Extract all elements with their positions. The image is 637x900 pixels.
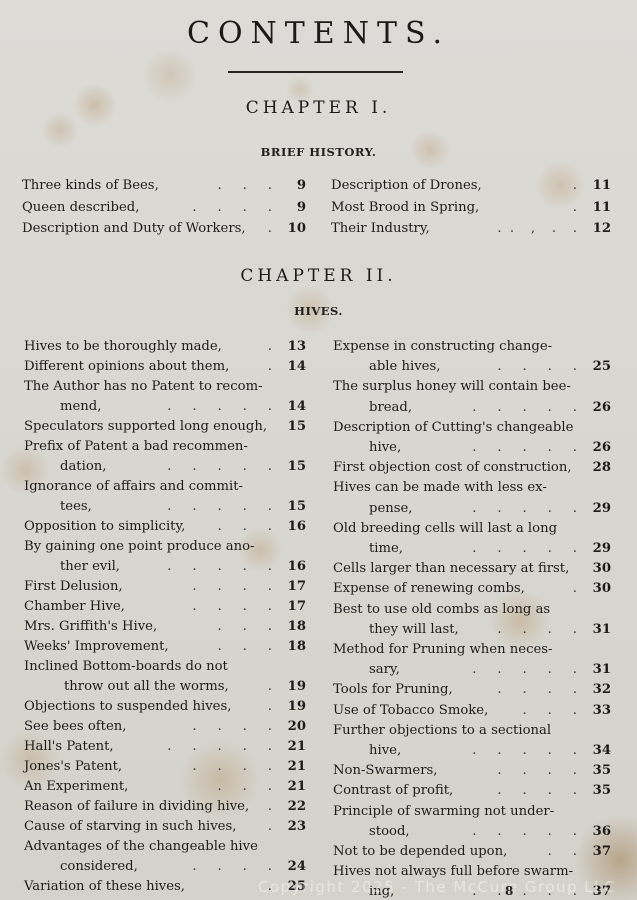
toc-entry: Their Industry,. . , . .12 — [331, 218, 611, 240]
toc-entry: Speculators supported long enough,15 — [24, 417, 306, 437]
toc-page-number: 35 — [585, 761, 611, 781]
toc-page-number: 16 — [280, 557, 306, 577]
toc-entry-text: Speculators supported long enough, — [24, 417, 267, 437]
toc-entry: Prefix of Patent a bad recommen-dation,.… — [24, 437, 306, 477]
toc-entry-text: Further objections to a sectional — [333, 721, 611, 741]
toc-entry: Non-Swarmers,. . . .35 — [333, 761, 611, 781]
toc-entry-text: Jones's Patent, — [24, 757, 122, 777]
dot-leader: . . . . . — [92, 497, 280, 517]
toc-entry-text: Objections to suspended hives, — [24, 697, 231, 717]
toc-page-number: 29 — [585, 499, 611, 519]
toc-entry-text: Ignorance of affairs and commit- — [24, 477, 306, 497]
toc-entry: By gaining one point produce ano-ther ev… — [24, 537, 306, 577]
toc-entry-text: Hives can be made with less ex- — [333, 478, 611, 498]
chapter-2-subtitle: HIVES. — [0, 304, 637, 318]
toc-entry: Opposition to simplicity,. . .16 — [24, 517, 306, 537]
toc-entry-text: Cells larger than necessary at first, — [333, 559, 569, 579]
toc-entry: Principle of swarming not under-stood,. … — [333, 802, 611, 842]
toc-entry: Hives to be thoroughly made,.13 — [24, 337, 306, 357]
toc-entry-text: Contrast of profit, — [333, 781, 453, 801]
title-divider — [228, 71, 403, 73]
toc-entry: Queen described,. . . .9 — [22, 197, 306, 219]
dot-leader: . . . . — [139, 197, 280, 219]
toc-entry-text: Best to use old combs as long as — [333, 600, 611, 620]
toc-entry: Use of Tobacco Smoke,. . .33 — [333, 701, 611, 721]
toc-entry-text: Reason of failure in dividing hive, — [24, 797, 249, 817]
toc-entry-text: Advantages of the changeable hive — [24, 837, 306, 857]
dot-leader: . . . . — [122, 757, 280, 777]
toc-entry-text: hive, — [369, 438, 401, 458]
toc-page-number: 28 — [585, 458, 611, 478]
chapter-1-subtitle: BRIEF HISTORY. — [0, 145, 637, 159]
toc-page-number: 21 — [280, 737, 306, 757]
toc-entry: Further objections to a sectionalhive,. … — [333, 721, 611, 761]
dot-leader: . . . . — [440, 357, 585, 377]
toc-entry: Tools for Pruning,. . . .32 — [333, 680, 611, 700]
toc-entry-text: Not to be depended upon, — [333, 842, 507, 862]
toc-page-number: 17 — [280, 597, 306, 617]
toc-entry: Hives can be made with less ex-pense,. .… — [333, 478, 611, 518]
toc-page-number: 14 — [280, 357, 306, 377]
dot-leader: . . . — [159, 175, 280, 197]
dot-leader — [267, 417, 280, 437]
page-title: CONTENTS. — [0, 16, 637, 51]
toc-entry: Method for Pruning when neces-sary,. . .… — [333, 640, 611, 680]
toc-entry: Hall's Patent,. . . . .21 — [24, 737, 306, 757]
contents-page: CONTENTS. CHAPTER I. BRIEF HISTORY. Thre… — [0, 0, 637, 900]
toc-entry-text: mend, — [60, 397, 101, 417]
dot-leader: . . . . . — [101, 397, 280, 417]
dot-leader: . . — [507, 842, 585, 862]
toc-entry: Different opinions about them,.14 — [24, 357, 306, 377]
dot-leader: . . . . . — [410, 822, 585, 842]
dot-leader: . — [229, 677, 280, 697]
toc-entry-text: Weeks' Improvement, — [24, 637, 169, 657]
dot-leader: . . . — [157, 617, 280, 637]
toc-entry-text: stood, — [369, 822, 410, 842]
toc-page-number: 11 — [585, 175, 611, 197]
toc-page-number: 13 — [280, 337, 306, 357]
dot-leader — [569, 559, 585, 579]
toc-entry-text: Non-Swarmers, — [333, 761, 438, 781]
dot-leader: . . . . — [138, 857, 280, 877]
toc-entry-text: dation, — [60, 457, 106, 477]
toc-entry: The Author has no Patent to recom-mend,.… — [24, 377, 306, 417]
dot-leader: . . . . . — [120, 557, 280, 577]
dot-leader: . — [231, 697, 280, 717]
toc-entry-text: Description of Drones, — [331, 175, 482, 197]
chapter-1-heading: CHAPTER I. — [0, 98, 637, 118]
toc-entry: Mrs. Griffith's Hive,. . .18 — [24, 617, 306, 637]
toc-page-number: 31 — [585, 660, 611, 680]
toc-page-number: 26 — [585, 438, 611, 458]
dot-leader: . . . . . — [401, 438, 585, 458]
toc-entry-text: Mrs. Griffith's Hive, — [24, 617, 157, 637]
dot-leader: . . . — [185, 517, 280, 537]
chapter-2-left-column: Hives to be thoroughly made,.13Different… — [24, 337, 306, 897]
toc-page-number: 26 — [585, 398, 611, 418]
toc-entry: Advantages of the changeable hiveconside… — [24, 837, 306, 877]
dot-leader: . . . . — [453, 781, 585, 801]
toc-entry-text: Hives to be thoroughly made, — [24, 337, 222, 357]
chapter-1-right-column: Description of Drones,.11Most Brood in S… — [331, 175, 611, 240]
dot-leader: . — [222, 337, 280, 357]
toc-entry-text: Principle of swarming not under- — [333, 802, 611, 822]
toc-entry-text: See bees often, — [24, 717, 126, 737]
toc-entry-text: First objection cost of construction, — [333, 458, 572, 478]
dot-leader: . . . . — [438, 761, 586, 781]
copyright-watermark: Copyright 2025 - The McCure Group LLC — [258, 878, 616, 896]
toc-entry: See bees often,. . . .20 — [24, 717, 306, 737]
toc-entry-text: Expense in constructing change- — [333, 337, 611, 357]
toc-entry: First objection cost of construction,28 — [333, 458, 611, 478]
dot-leader: . . . . — [459, 620, 585, 640]
toc-entry-text: By gaining one point produce ano- — [24, 537, 306, 557]
dot-leader: . — [479, 197, 585, 219]
toc-page-number: 19 — [280, 677, 306, 697]
toc-entry-text: pense, — [369, 499, 413, 519]
dot-leader: . . . — [488, 701, 585, 721]
toc-entry-text: The surplus honey will contain bee- — [333, 377, 611, 397]
dot-leader: . — [482, 175, 585, 197]
chapter-2-right-column: Expense in constructing change-able hive… — [333, 337, 611, 900]
toc-entry: The surplus honey will contain bee-bread… — [333, 377, 611, 417]
toc-entry-text: Description of Cutting's changeable — [333, 418, 611, 438]
toc-page-number: 15 — [280, 457, 306, 477]
toc-page-number: 15 — [280, 417, 306, 437]
dot-leader: . . , . . — [430, 218, 585, 240]
toc-entry-text: Most Brood in Spring, — [331, 197, 479, 219]
dot-leader: . — [246, 218, 280, 240]
toc-entry-text: ther evil, — [60, 557, 120, 577]
toc-page-number: 25 — [585, 357, 611, 377]
toc-page-number: 23 — [280, 817, 306, 837]
dot-leader: . — [236, 817, 280, 837]
dot-leader: . . . . . — [412, 398, 585, 418]
toc-entry: Inclined Bottom-boards do notthrow out a… — [24, 657, 306, 697]
toc-entry-text: An Experiment, — [24, 777, 128, 797]
toc-page-number: 24 — [280, 857, 306, 877]
toc-entry-text: Their Industry, — [331, 218, 430, 240]
dot-leader: . — [249, 797, 280, 817]
dot-leader: . . . — [128, 777, 280, 797]
toc-page-number: 18 — [280, 637, 306, 657]
dot-leader: . . . . — [125, 597, 280, 617]
toc-entry: Description of Cutting's changeablehive,… — [333, 418, 611, 458]
toc-entry: Best to use old combs as long asthey wil… — [333, 600, 611, 640]
toc-page-number: 21 — [280, 757, 306, 777]
toc-page-number: 9 — [280, 175, 306, 197]
toc-page-number: 12 — [585, 218, 611, 240]
toc-page-number: 35 — [585, 781, 611, 801]
toc-entry-text: Opposition to simplicity, — [24, 517, 185, 537]
toc-entry: Objections to suspended hives,.19 — [24, 697, 306, 717]
toc-page-number: 30 — [585, 559, 611, 579]
toc-entry-text: hive, — [369, 741, 401, 761]
toc-page-number: 31 — [585, 620, 611, 640]
toc-page-number: 17 — [280, 577, 306, 597]
toc-entry: Jones's Patent,. . . .21 — [24, 757, 306, 777]
toc-entry-text: Old breeding cells will last a long — [333, 519, 611, 539]
toc-page-number: 37 — [585, 842, 611, 862]
page-number: 8 — [505, 884, 513, 898]
toc-entry-text: Different opinions about them, — [24, 357, 229, 377]
toc-entry-text: Variation of these hives, — [24, 877, 185, 897]
toc-entry: Most Brood in Spring,.11 — [331, 197, 611, 219]
dot-leader: . . . — [169, 637, 280, 657]
toc-entry: Expense of renewing combs,.30 — [333, 579, 611, 599]
toc-entry-text: bread, — [369, 398, 412, 418]
toc-entry-text: First Delusion, — [24, 577, 123, 597]
dot-leader: . — [525, 579, 585, 599]
toc-entry-text: Use of Tobacco Smoke, — [333, 701, 488, 721]
toc-entry: Weeks' Improvement,. . .18 — [24, 637, 306, 657]
toc-entry: Old breeding cells will last a longtime,… — [333, 519, 611, 559]
toc-entry-text: throw out all the worms, — [64, 677, 229, 697]
toc-entry-text: The Author has no Patent to recom- — [24, 377, 306, 397]
toc-entry: Cause of starving in such hives,.23 — [24, 817, 306, 837]
toc-entry: Chamber Hive,. . . .17 — [24, 597, 306, 617]
toc-page-number: 30 — [585, 579, 611, 599]
toc-entry-text: Three kinds of Bees, — [22, 175, 159, 197]
dot-leader: . . . . — [123, 577, 280, 597]
toc-page-number: 36 — [585, 822, 611, 842]
toc-page-number: 21 — [280, 777, 306, 797]
toc-page-number: 22 — [280, 797, 306, 817]
toc-page-number: 9 — [280, 197, 306, 219]
toc-entry-text: Expense of renewing combs, — [333, 579, 525, 599]
toc-entry: Contrast of profit,. . . .35 — [333, 781, 611, 801]
dot-leader: . . . . — [453, 680, 585, 700]
toc-entry-text: Description and Duty of Workers, — [22, 218, 246, 240]
dot-leader: . . . . . — [403, 539, 585, 559]
dot-leader: . . . . . — [401, 741, 585, 761]
toc-page-number: 10 — [280, 218, 306, 240]
toc-page-number: 19 — [280, 697, 306, 717]
toc-page-number: 34 — [585, 741, 611, 761]
toc-entry-text: Tools for Pruning, — [333, 680, 453, 700]
toc-entry: First Delusion,. . . .17 — [24, 577, 306, 597]
toc-entry-text: Inclined Bottom-boards do not — [24, 657, 306, 677]
toc-entry: Three kinds of Bees,. . .9 — [22, 175, 306, 197]
toc-entry-text: Prefix of Patent a bad recommen- — [24, 437, 306, 457]
toc-entry-text: able hives, — [369, 357, 440, 377]
chapter-1-left-column: Three kinds of Bees,. . .9Queen describe… — [22, 175, 306, 240]
dot-leader: . . . . . — [400, 660, 585, 680]
toc-entry-text: time, — [369, 539, 403, 559]
toc-page-number: 16 — [280, 517, 306, 537]
toc-page-number: 11 — [585, 197, 611, 219]
toc-entry-text: they will last, — [369, 620, 459, 640]
toc-entry: Reason of failure in dividing hive,.22 — [24, 797, 306, 817]
toc-entry: Description of Drones,.11 — [331, 175, 611, 197]
toc-entry: An Experiment,. . .21 — [24, 777, 306, 797]
dot-leader — [572, 458, 585, 478]
toc-entry-text: Hall's Patent, — [24, 737, 114, 757]
chapter-2-heading: CHAPTER II. — [0, 266, 637, 286]
toc-entry-text: tees, — [60, 497, 92, 517]
toc-entry: Ignorance of affairs and commit-tees,. .… — [24, 477, 306, 517]
dot-leader: . . . . — [126, 717, 280, 737]
toc-entry-text: Queen described, — [22, 197, 139, 219]
dot-leader: . — [229, 357, 280, 377]
toc-entry-text: considered, — [60, 857, 138, 877]
toc-page-number: 33 — [585, 701, 611, 721]
toc-entry-text: Method for Pruning when neces- — [333, 640, 611, 660]
toc-entry-text: sary, — [369, 660, 400, 680]
toc-entry: Cells larger than necessary at first,30 — [333, 559, 611, 579]
toc-entry: Expense in constructing change-able hive… — [333, 337, 611, 377]
toc-entry: Description and Duty of Workers,.10 — [22, 218, 306, 240]
dot-leader: . . . . . — [106, 457, 280, 477]
toc-page-number: 20 — [280, 717, 306, 737]
toc-page-number: 29 — [585, 539, 611, 559]
toc-entry-text: Cause of starving in such hives, — [24, 817, 236, 837]
toc-entry: Not to be depended upon,. .37 — [333, 842, 611, 862]
toc-entry-text: Chamber Hive, — [24, 597, 125, 617]
dot-leader: . . . . . — [413, 499, 585, 519]
dot-leader: . . . . . — [114, 737, 280, 757]
toc-page-number: 15 — [280, 497, 306, 517]
toc-page-number: 32 — [585, 680, 611, 700]
toc-page-number: 18 — [280, 617, 306, 637]
toc-page-number: 14 — [280, 397, 306, 417]
